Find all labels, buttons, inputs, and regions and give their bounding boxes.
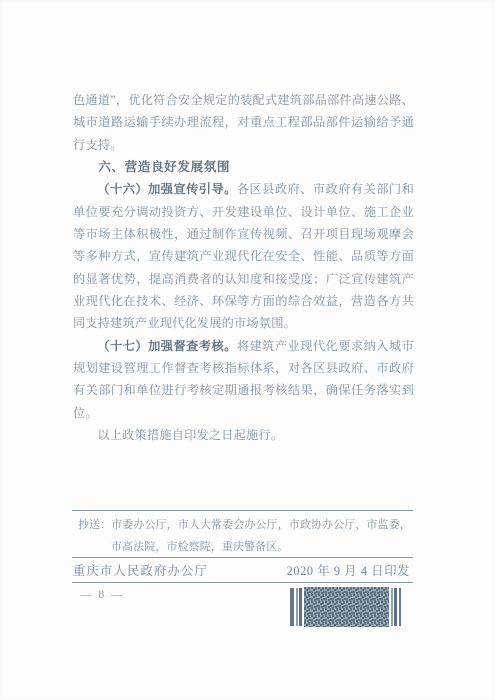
paragraph-16-text: 各区县政府、市政府有关部门和单位要充分调动投资方、开发建设单位、设计单位、施工企… <box>73 182 414 330</box>
cc-line-1-text: 市委办公厅，市人大常委会办公厅，市政协办公厅，市监委， <box>111 519 411 531</box>
paragraph-16: （十六）加强宣传引导。各区县政府、市政府有关部门和单位要充分调动投资方、开发建设… <box>73 178 414 334</box>
paragraph-16-lead: （十六）加强宣传引导。 <box>97 182 236 196</box>
footer-rule-bottom <box>72 582 413 583</box>
closing-paragraph: 以上政策措施自印发之日起施行。 <box>73 424 414 446</box>
barcode-2d-icon <box>290 587 403 627</box>
document-body: 色通道”，优化符合安全规定的装配式建筑部品部件高速公路、城市道路运输手续办理流程… <box>73 89 414 447</box>
issuing-office: 重庆市人民政府办公厅 <box>73 561 208 579</box>
paragraph-17: （十七）加强督查考核。将建筑产业现代化要求纳入城市规划建设管理工作督查考核指标体… <box>73 335 414 424</box>
print-date: 2020 年 9 月 4 日印发 <box>287 561 410 579</box>
scanned-document-page: 色通道”，优化符合安全规定的装配式建筑部品部件高速公路、城市道路运输手续办理流程… <box>0 0 495 700</box>
issuer-row: 重庆市人民政府办公厅 2020 年 9 月 4 日印发 <box>73 561 410 579</box>
cc-block: 抄送：市委办公厅，市人大常委会办公厅，市政协办公厅，市监委， 市高法院，市检察院… <box>78 514 414 558</box>
cc-line-2: 市高法院，市检察院，重庆警备区。 <box>78 536 414 558</box>
footer-rule-top <box>72 510 413 511</box>
paragraph-17-lead: （十七）加强督查考核。 <box>97 339 236 353</box>
section-heading: 六、营造良好发展氛围 <box>73 156 414 178</box>
cc-line-1: 抄送：市委办公厅，市人大常委会办公厅，市政协办公厅，市监委， <box>78 514 414 536</box>
cc-label: 抄送： <box>78 519 111 531</box>
page-number: — 8 — <box>80 589 125 601</box>
continuation-paragraph: 色通道”，优化符合安全规定的装配式建筑部品部件高速公路、城市道路运输手续办理流程… <box>73 89 414 156</box>
